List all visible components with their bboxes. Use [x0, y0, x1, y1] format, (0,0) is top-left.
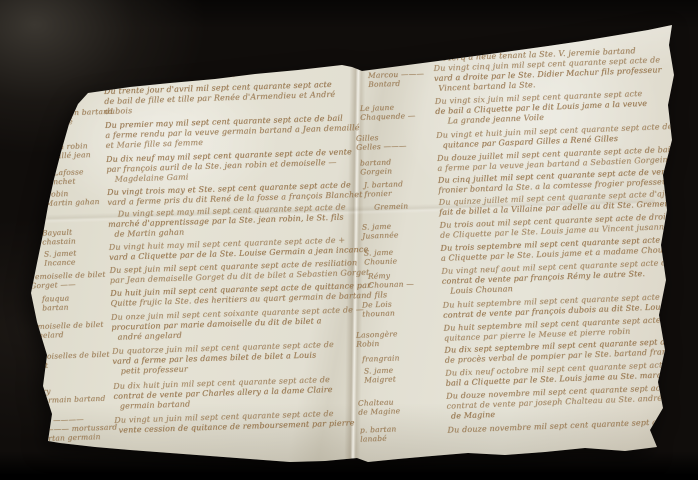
margin-name: allery ———— S. ———— mortussard S. bartan…: [28, 413, 118, 443]
margin-name: bartand Gorgein: [360, 157, 393, 176]
margin-name: allery S. germain bartand: [28, 385, 106, 406]
margin-name: demoiselle de bilet angelard: [28, 320, 104, 341]
ink-stain: [0, 0, 26, 46]
left-page-body: par la dame Claire Germain et bartand de…: [103, 56, 367, 436]
manuscript-sheet: Darmendieu duboisS. germain bartand de m…: [0, 0, 698, 480]
margin-name: Bayault chastain: [42, 227, 76, 246]
right-page-body: Merq a heue tenant la Ste. V. jeremie ba…: [433, 45, 687, 436]
margin-name: S. jame Jusannée: [362, 221, 399, 240]
margin-name: demoiselles de bilet Palit: [30, 350, 110, 371]
paper-shadow: Darmendieu duboisS. germain bartand de m…: [0, 0, 698, 480]
manuscript-photo: Darmendieu duboisS. germain bartand de m…: [0, 0, 698, 480]
margin-name: S. germain bartand de maillé: [36, 107, 114, 128]
margin-name: S. jame Chounie: [364, 247, 398, 266]
margin-name: De Lafosse Blanchet: [40, 167, 84, 187]
margin-name: fauqua bartan: [42, 294, 70, 313]
ink-stain: [0, 0, 7, 7]
margin-name: Rémy Chounan —: [368, 270, 414, 290]
margin-name: Darmendieu dubois: [34, 72, 84, 92]
margin-name: frangrain: [362, 353, 400, 363]
margin-name: demoiselle de bilet Gorget ——: [30, 270, 106, 291]
margin-name: Le jaune Chaquende —: [360, 102, 416, 122]
margin-name: F. robin e Martin gahan: [38, 188, 100, 208]
margin-name: S. jamet Incance: [44, 248, 77, 267]
margin-name: Marcou ——— Bontard: [368, 69, 425, 89]
ink-stain: [0, 0, 60, 30]
ink-stain: [0, 0, 40, 16]
ink-stain: [0, 0, 55, 16]
ink-stain: [0, 0, 24, 18]
margin-name: J. bartand fronier: [364, 179, 404, 198]
margin-name: S. jame Maigret: [364, 365, 396, 384]
margin-name: S. jean robin demaillé jean: [37, 141, 91, 161]
margin-name: De Lois thounan: [362, 299, 395, 318]
ink-stain: [0, 0, 42, 22]
